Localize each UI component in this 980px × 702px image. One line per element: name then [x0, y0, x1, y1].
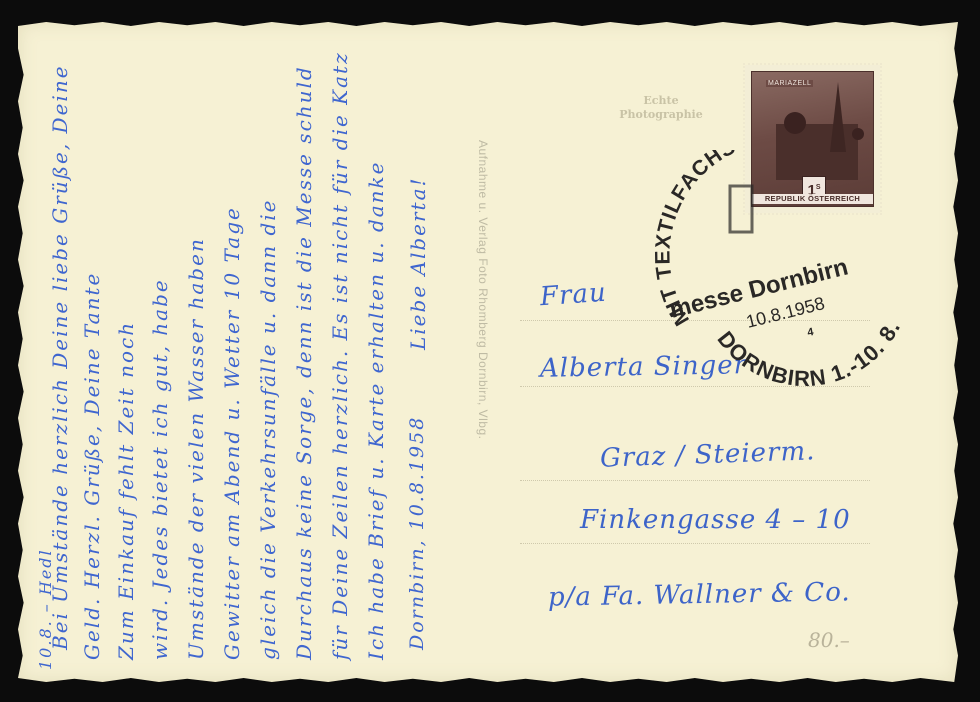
message-line: Geld. Herzl. Grüße, Deine Tante [80, 272, 104, 660]
printed-title-line1: Echte [611, 94, 711, 108]
dome-icon [852, 128, 864, 140]
printed-photo-label: Echte Photographie [611, 94, 711, 122]
message-line: Zum Einkauf fehlt Zeit noch [114, 321, 138, 660]
message-salutation: Liebe Alberta! [406, 176, 430, 350]
message-line: Ich habe Brief u. Karte erhalten u. dank… [364, 160, 388, 660]
publisher-divider: Aufnahme u. Verlag Foto Rhomberg Dornbir… [478, 140, 492, 560]
address-line-recipient-title: Frau [539, 278, 608, 313]
message-line: Umstände der vielen Wasser haben [184, 237, 208, 660]
spire-icon [830, 82, 846, 152]
address-rule [520, 480, 870, 481]
message-line: Bei Umstände herzlich Deine liebe Grüße,… [48, 64, 72, 650]
stamp-place-name: MARIAZELL [766, 80, 813, 87]
message-line: gleich die Verkehrsunfälle u. dann die [256, 199, 280, 660]
address-line-street: Finkengasse 4 – 10 [580, 505, 851, 535]
message-dateline: Dornbirn, 10.8.1958 [406, 416, 428, 650]
address-rule [520, 543, 870, 544]
postmark-cancellation: MIT TEXTILFACHSCHAU DORNBIRN 1.-10. 8. m… [650, 150, 930, 390]
dome-icon [784, 112, 806, 134]
message-line: Gewitter am Abend u. Wetter 10 Tage [220, 206, 244, 660]
address-line-care-of: p/a Fa. Wallner & Co. [548, 577, 851, 612]
printed-title-line2: Photographie [611, 108, 711, 122]
price-pencil-note: 80.– [808, 628, 850, 652]
publisher-credit: Aufnahme u. Verlag Foto Rhomberg Dornbir… [476, 140, 490, 439]
message-line: wird. Jedes bietet ich gut, habe [148, 278, 172, 660]
message-line: für Deine Zeilen herzlich. Es ist nicht … [328, 51, 352, 660]
postmark-frame-mark [730, 186, 752, 232]
postmark-number: 4 [806, 326, 815, 339]
message-line: Durchaus keine Sorge, denn ist die Messe… [292, 65, 316, 660]
handwritten-message: 10.8. – Hedl Bei Umstände herzlich Deine… [30, 40, 470, 680]
